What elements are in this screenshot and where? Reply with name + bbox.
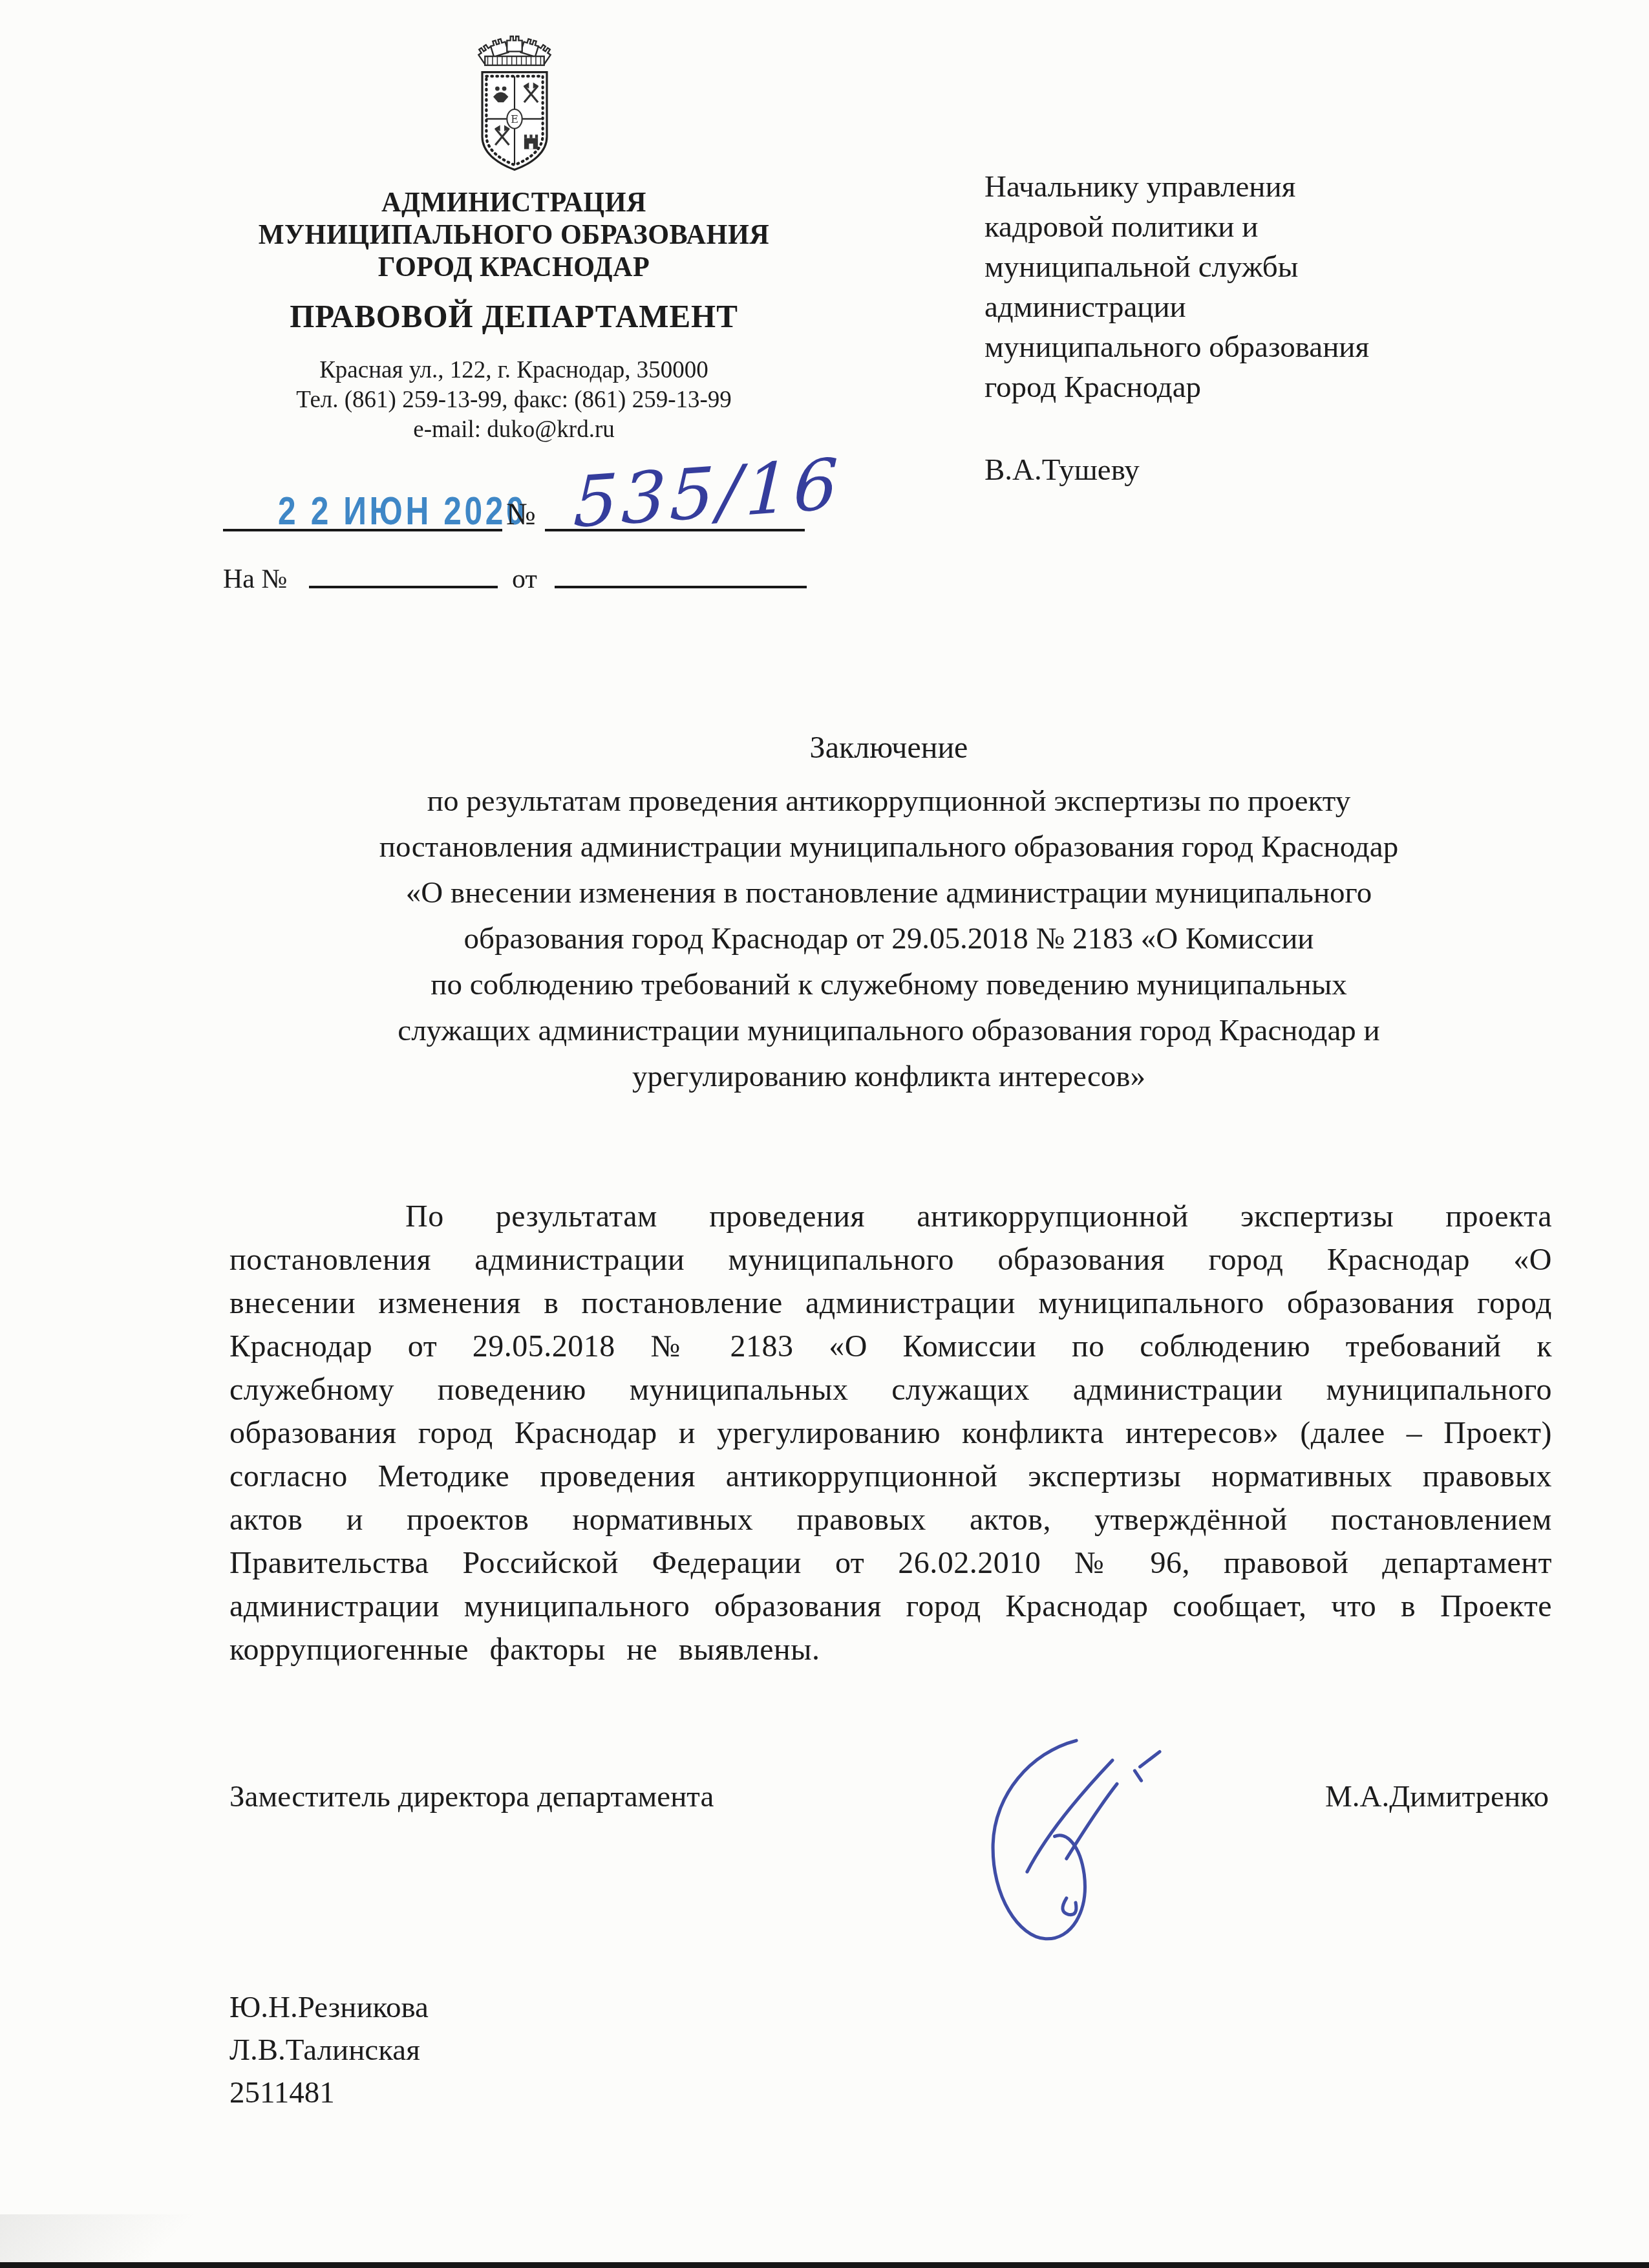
title-line: урегулированию конфликта интересов» <box>213 1054 1564 1100</box>
executors-block: Ю.Н.Резникова Л.В.Талинская 2511481 <box>229 1986 429 2114</box>
recipient-line: муниципальной службы <box>984 247 1566 287</box>
incoming-number-blank-line <box>309 586 498 588</box>
title-line: «О внесении изменения в постановление ад… <box>213 870 1564 916</box>
number-blank-line <box>545 529 805 531</box>
recipient-line: муниципального образования <box>984 327 1566 367</box>
org-name-line2: МУНИЦИПАЛЬНОГО ОБРАЗОВАНИЯ <box>160 219 867 251</box>
incoming-number-label: На № <box>223 564 288 595</box>
title-line: служащих администрации муниципального об… <box>213 1008 1564 1054</box>
postal-address: Красная ул., 122, г. Краснодар, 350000 <box>145 356 882 385</box>
krasnodar-coat-of-arms-icon: Е <box>464 34 565 175</box>
recipient-name: В.А.Тушеву <box>984 453 1140 487</box>
executor-name: Л.В.Талинская <box>229 2029 429 2071</box>
recipient-line: Начальнику управления <box>984 167 1566 207</box>
letterhead-org-block: АДМИНИСТРАЦИЯ МУНИЦИПАЛЬНОГО ОБРАЗОВАНИЯ… <box>160 186 867 335</box>
title-line: постановления администрации муниципально… <box>213 824 1564 870</box>
date-blank-line <box>223 529 502 531</box>
incoming-date-blank-line <box>555 586 807 588</box>
body-paragraph: По результатам проведения антикоррупцион… <box>229 1195 1552 1671</box>
title-line: по соблюдению требований к служебному по… <box>213 962 1564 1008</box>
scan-edge <box>0 2262 1649 2268</box>
scan-smudge <box>0 2214 233 2263</box>
title-line: по результатам проведения антикоррупцион… <box>213 778 1564 824</box>
document-title-heading: Заключение <box>213 729 1564 767</box>
recipient-line: кадровой политики и <box>984 207 1566 247</box>
incoming-date-label: от <box>512 564 537 595</box>
document-title-block: Заключение по результатам проведения ант… <box>213 729 1564 1100</box>
handwritten-signature <box>966 1733 1180 1949</box>
signer-position-title: Заместитель директора департамента <box>229 1779 714 1814</box>
department-name: ПРАВОВОЙ ДЕПАРТАМЕНТ <box>160 299 867 335</box>
executor-phone: 2511481 <box>229 2071 429 2114</box>
recipient-line: администрации <box>984 287 1566 327</box>
svg-text:Е: Е <box>511 113 518 125</box>
letterhead-contacts: Красная ул., 122, г. Краснодар, 350000 Т… <box>145 356 882 445</box>
scanned-letter-page: Е АДМИНИСТРАЦИЯ МУНИЦИПАЛЬНОГО ОБРАЗОВАН… <box>0 0 1649 2268</box>
title-line: образования город Краснодар от 29.05.201… <box>213 916 1564 962</box>
number-label: № <box>506 497 536 532</box>
recipient-line: город Краснодар <box>984 367 1566 407</box>
phone-fax: Тел. (861) 259-13-99, факс: (861) 259-13… <box>145 385 882 415</box>
email: e-mail: duko@krd.ru <box>145 415 882 445</box>
org-name-line1: АДМИНИСТРАЦИЯ <box>160 186 867 219</box>
org-name-line3: ГОРОД КРАСНОДАР <box>160 251 867 283</box>
executor-name: Ю.Н.Резникова <box>229 1986 429 2029</box>
signer-name: М.А.Димитренко <box>1228 1779 1549 1814</box>
recipient-block: Начальнику управления кадровой политики … <box>984 167 1566 407</box>
